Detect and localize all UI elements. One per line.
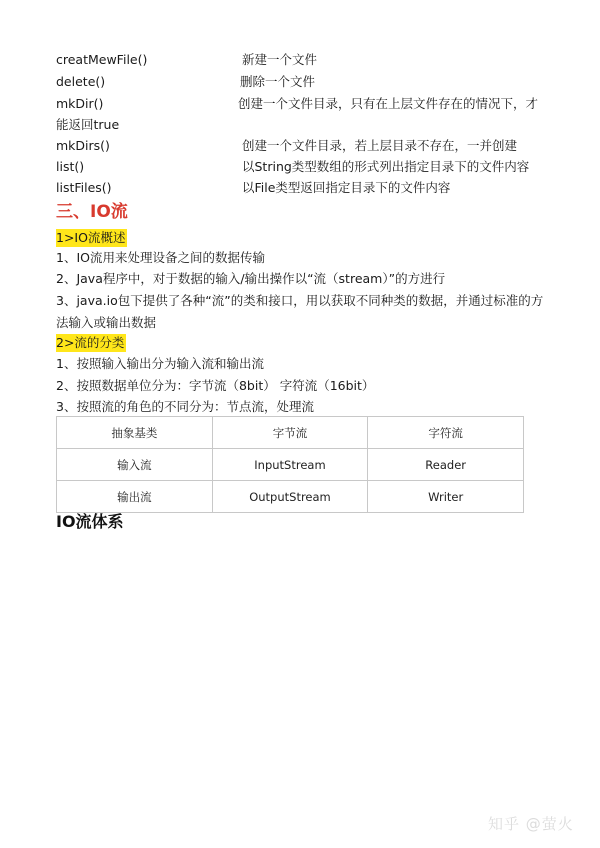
method-row-mkdirs: mkDirs() 创建一个文件目录，若上层目录不存在，一并创建 xyxy=(56,136,546,156)
method-description: 新建一个文件 xyxy=(242,50,317,70)
method-row-listfiles: listFiles() 以File类型返回指定目录下的文件内容 xyxy=(56,178,546,198)
overview-item-3-continuation: 法输入或输出数据 xyxy=(56,313,156,333)
overview-item-2: 2、Java程序中，对于数据的输入/输出操作以“流（stream）”的方进行 xyxy=(56,269,445,289)
method-description: 创建一个文件目录，若上层目录不存在，一并创建 xyxy=(242,136,517,156)
mkdir-description-continuation: 能返回true xyxy=(56,115,119,135)
io-system-heading: IO流体系 xyxy=(56,510,124,534)
table-header-cell: 字节流 xyxy=(212,417,368,449)
method-name: listFiles() xyxy=(56,178,112,198)
classification-item-2: 2、按照数据单位分为：字节流（8bit） 字符流（16bit） xyxy=(56,376,374,396)
method-name: mkDirs() xyxy=(56,136,110,156)
method-name: list() xyxy=(56,157,84,177)
table-cell: InputStream xyxy=(212,449,368,481)
overview-heading: 1>IO流概述 xyxy=(56,229,127,247)
stream-base-class-table: 抽象基类 字节流 字符流 输入流 InputStream Reader 输出流 … xyxy=(56,416,524,513)
method-description: 创建一个文件目录，只有在上层文件存在的情况下，才 xyxy=(238,94,538,114)
table-header-row: 抽象基类 字节流 字符流 xyxy=(57,417,524,449)
method-row-list: list() 以String类型数组的形式列出指定目录下的文件内容 xyxy=(56,157,546,177)
table-header-cell: 抽象基类 xyxy=(57,417,213,449)
method-name: delete() xyxy=(56,72,105,92)
classification-item-1: 1、按照输入输出分为输入流和输出流 xyxy=(56,354,264,374)
section-title: 三、IO流 xyxy=(56,200,128,224)
method-description: 以String类型数组的形式列出指定目录下的文件内容 xyxy=(242,157,529,177)
method-row-creatmewfile: creatMewFile() 新建一个文件 xyxy=(56,50,546,70)
table-cell: OutputStream xyxy=(212,481,368,513)
table-row: 输入流 InputStream Reader xyxy=(57,449,524,481)
classification-heading: 2>流的分类 xyxy=(56,334,126,352)
method-name: creatMewFile() xyxy=(56,50,147,70)
table-row: 输出流 OutputStream Writer xyxy=(57,481,524,513)
table-cell: Reader xyxy=(368,449,524,481)
method-row-mkdir: mkDir() 创建一个文件目录，只有在上层文件存在的情况下，才 xyxy=(56,94,546,114)
table-cell: 输出流 xyxy=(57,481,213,513)
method-name: mkDir() xyxy=(56,94,103,114)
table-cell: Writer xyxy=(368,481,524,513)
method-description: 删除一个文件 xyxy=(240,72,315,92)
overview-item-3: 3、java.io包下提供了各种“流”的类和接口，用以获取不同种类的数据，并通过… xyxy=(56,291,543,311)
table-header-cell: 字符流 xyxy=(368,417,524,449)
overview-item-1: 1、IO流用来处理设备之间的数据传输 xyxy=(56,248,265,268)
method-row-delete: delete() 删除一个文件 xyxy=(56,72,546,92)
watermark: 知乎 @萤火 xyxy=(488,813,574,834)
table-cell: 输入流 xyxy=(57,449,213,481)
classification-item-3: 3、按照流的角色的不同分为：节点流，处理流 xyxy=(56,397,314,417)
method-description: 以File类型返回指定目录下的文件内容 xyxy=(242,178,450,198)
